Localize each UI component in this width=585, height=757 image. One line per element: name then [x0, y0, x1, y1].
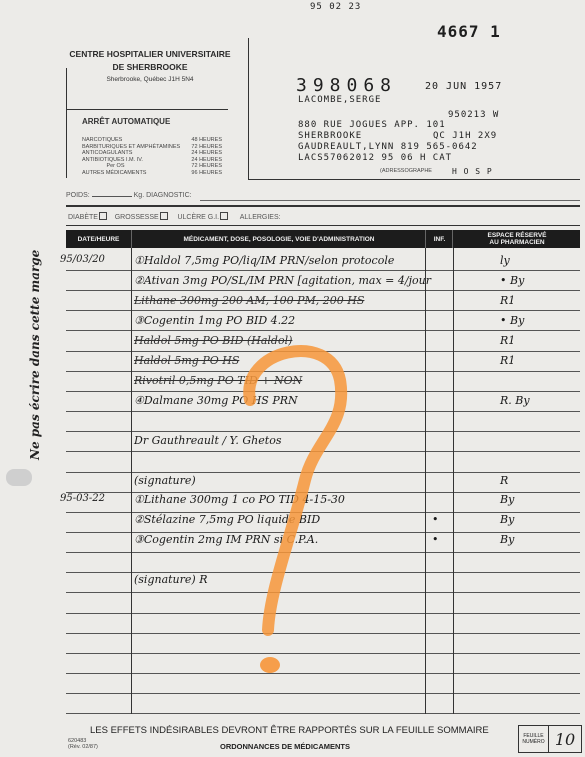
adressographe-label: (ADRESSOGRAPHE — [380, 168, 432, 174]
divider — [66, 68, 67, 178]
entry-medication: ①Haldol 7,5mg PO/liq/IM PRN/selon protoc… — [134, 254, 394, 267]
pharmacien-line1: ESPACE RÉSERVÉ — [487, 232, 546, 239]
arret-item-label: ANTIBIOTIQUES I.M. IV. — [82, 157, 143, 164]
form-revision: (Rév. 02/87) — [68, 744, 98, 750]
feuille-numero-box: FEUILLENUMÉRO 10 — [518, 725, 582, 753]
entry-pharmacien-initials: R. By — [500, 394, 530, 407]
hospital-address: Sherbrooke, Québec J1H 5N4 — [66, 76, 234, 83]
dossier-number: 398068 — [296, 75, 397, 96]
table-header: DATE/HEURE MÉDICAMENT, DOSE, POSOLOGIE, … — [66, 230, 580, 248]
grossesse-checkbox[interactable] — [160, 212, 168, 220]
hospital-name-line1: CENTRE HOSPITALIER UNIVERSITAIRE — [66, 48, 234, 61]
diagnostic-line — [200, 200, 580, 201]
patient-address: 880 RUE JOGUES APP. 101 — [298, 120, 446, 131]
diabete-label: DIABÈTE — [68, 214, 98, 221]
birth-date: 20 JUN 1957 — [425, 81, 502, 92]
hospital-name-line2: DE SHERBROOKE — [66, 61, 234, 74]
col-divider-date — [131, 248, 132, 714]
question-mark-annotation-icon — [220, 330, 360, 690]
feuille-label-line2: NUMÉRO — [522, 739, 544, 745]
entry-inf: • — [432, 533, 439, 546]
entry-medication: Lithane 300mg 200 AM, 100 PM, 200 HS — [134, 294, 364, 307]
entry-medication: ③Cogentin 1mg PO BID 4.22 — [134, 314, 295, 327]
col-divider-pharmacien — [453, 248, 454, 714]
poids-field: POIDS: Kg. DIAGNOSTIC: — [66, 192, 192, 199]
diagnostic-label: DIAGNOSTIC: — [146, 192, 192, 199]
feuille-number: 10 — [549, 726, 581, 752]
arret-item-value: 24 HEURES — [191, 150, 222, 157]
arret-item-label: ANTICOAGULANTS — [82, 150, 132, 157]
divider — [248, 38, 249, 180]
ulcere-checkbox[interactable] — [220, 212, 228, 220]
patient-contact: GAUDREAULT,LYNN 819 565-0642 — [298, 142, 478, 153]
arret-item-value: 96 HEURES — [191, 170, 222, 177]
entry-date: 95-03-22 — [60, 493, 105, 504]
arret-automatique-title: ARRÊT AUTOMATIQUE — [82, 117, 170, 126]
ruled-line — [66, 693, 580, 694]
arret-item-value: 48 HEURES — [191, 137, 222, 144]
arret-item: BARBITURIQUES ET AMPHÉTAMINES72 HEURES — [82, 144, 222, 151]
punch-hole — [6, 469, 32, 486]
top-date-stamp: 95 02 23 — [310, 2, 361, 12]
divider — [248, 179, 580, 180]
col-pharmacien-header: ESPACE RÉSERVÉ AU PHARMACIEN — [452, 230, 581, 248]
entry-medication: (signature) R — [134, 573, 207, 586]
footer-warning: LES EFFETS INDÉSIRABLES DEVRONT ÊTRE RAP… — [90, 725, 489, 736]
col-divider-inf — [425, 248, 426, 714]
patient-code: 950213 W — [448, 110, 499, 121]
divider — [66, 109, 228, 110]
condition-checkboxes: DIABÈTE GROSSESSE ULCÈRE G.I. ALLERGIES: — [68, 212, 281, 221]
arret-item-value: 72 HEURES — [191, 163, 222, 170]
feuille-label: FEUILLENUMÉRO — [519, 726, 549, 752]
arret-item: AUTRES MÉDICAMENTS96 HEURES — [82, 170, 222, 177]
patient-city: SHERBROOKE — [298, 131, 362, 142]
arret-item: NARCOTIQUES48 HEURES — [82, 137, 222, 144]
divider — [66, 225, 580, 226]
entry-pharmacien-initials: R1 — [500, 354, 515, 367]
chart-number: 4667 1 — [437, 22, 501, 41]
ruled-line — [66, 713, 580, 714]
hospital-name: CENTRE HOSPITALIER UNIVERSITAIRE DE SHER… — [66, 48, 234, 74]
entry-pharmacien-initials: R1 — [500, 294, 515, 307]
entry-pharmacien-initials: R — [500, 474, 508, 487]
arret-automatique-list: NARCOTIQUES48 HEURESBARBITURIQUES ET AMP… — [82, 137, 222, 177]
patient-name: LACOMBE,SERGE — [298, 95, 381, 106]
arret-item-label: NARCOTIQUES — [82, 137, 122, 144]
hosp-code: H O S P — [452, 166, 493, 177]
ruled-line — [66, 290, 580, 291]
kg-label: Kg. — [134, 192, 145, 199]
arret-item: ANTICOAGULANTS24 HEURES — [82, 150, 222, 157]
entry-pharmacien-initials: By — [500, 533, 514, 546]
arret-item-label: BARBITURIQUES ET AMPHÉTAMINES — [82, 144, 180, 151]
entry-inf: • — [432, 513, 439, 526]
entry-date: 95/03/20 — [60, 254, 105, 265]
grossesse-label: GROSSESSE — [115, 214, 159, 221]
ruled-line — [66, 310, 580, 311]
arret-item: ANTIBIOTIQUES I.M. IV.24 HEURES — [82, 157, 222, 164]
ulcere-label: ULCÈRE G.I. — [177, 214, 219, 221]
entry-pharmacien-initials: ly — [500, 254, 510, 267]
entry-pharmacien-initials: • By — [500, 274, 524, 287]
poids-label: POIDS: — [66, 192, 90, 199]
pharmacien-line2: AU PHARMACIEN — [489, 239, 544, 246]
entry-pharmacien-initials: R1 — [500, 334, 515, 347]
diabete-checkbox[interactable] — [99, 212, 107, 220]
entry-medication: (signature) — [134, 474, 196, 487]
col-date-header: DATE/HEURE — [66, 230, 131, 248]
entry-pharmacien-initials: By — [500, 493, 514, 506]
arret-item: Per OS72 HEURES — [82, 163, 222, 170]
entry-medication: ②Ativan 3mg PO/SL/IM PRN [agitation, max… — [134, 274, 431, 287]
footer-title: ORDONNANCES DE MÉDICAMENTS — [220, 742, 350, 751]
patient-insurance: LACS57062012 95 06 H CAT — [298, 153, 452, 164]
divider — [66, 205, 580, 207]
col-medicament-header: MÉDICAMENT, DOSE, POSOLOGIE, VOIE D'ADMI… — [131, 230, 426, 248]
arret-item-label: AUTRES MÉDICAMENTS — [82, 170, 146, 177]
arret-item-value: 24 HEURES — [191, 157, 222, 164]
arret-item-label: Per OS — [82, 163, 124, 170]
margin-note: Ne pas écrire dans cette marge — [28, 250, 42, 460]
entry-pharmacien-initials: By — [500, 513, 514, 526]
entry-pharmacien-initials: • By — [500, 314, 524, 327]
form-number: 620483 (Rév. 02/87) — [68, 738, 98, 750]
allergies-label: ALLERGIES: — [240, 214, 281, 221]
arret-item-value: 72 HEURES — [191, 144, 222, 151]
col-inf-header: INF. — [425, 230, 453, 248]
ruled-line — [66, 270, 580, 271]
patient-postal: QC J1H 2X9 — [433, 131, 497, 142]
